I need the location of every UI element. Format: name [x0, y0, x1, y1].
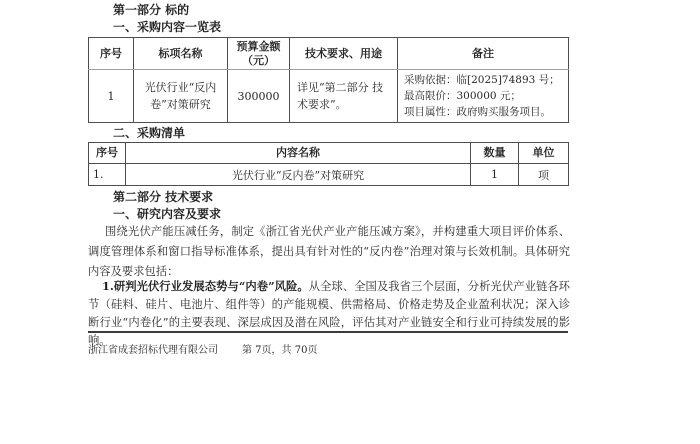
table-row: 1 光伏行业“反内卷”对策研究 300000 详见“第二部分 技术要求”。 采购… [89, 70, 569, 123]
table-header-row: 序号 标项名称 预算金额 （元） 技术要求、用途 备注 [89, 38, 569, 70]
header-cell-no: 序号 [89, 143, 126, 164]
cell-item-name: 光伏行业“反内卷”对策研究 [134, 70, 228, 123]
footer-page-number: 第 7页，共 70页 [242, 341, 317, 356]
procurement-list-table: 序号 内容名称 数量 单位 1. 光伏行业“反内卷”对策研究 1 项 [88, 142, 569, 186]
cell-tech: 详见“第二部分 技术要求”。 [290, 70, 398, 123]
header-cell-unit: 单位 [519, 143, 569, 164]
header-cell-remark: 备注 [398, 38, 569, 70]
research-content-heading: 一、研究内容及要求 [113, 208, 221, 221]
header-cell-budget: 预算金额 （元） [228, 38, 290, 70]
document-page: 第一部分 标的 一、采购内容一览表 序号 标项名称 预算金额 （元） 技术要求、… [0, 0, 700, 444]
procurement-overview-heading: 一、采购内容一览表 [113, 21, 221, 34]
header-cell-qty: 数量 [471, 143, 519, 164]
research-item1-paragraph: 1.研判光伏行业发展态势与“内卷”风险。从全球、全国及我省三个层面，分析光伏产业… [88, 277, 570, 350]
table-header-row: 序号 内容名称 数量 单位 [89, 143, 569, 164]
research-intro-paragraph: 围绕光伏产能压减任务，制定《浙江省光伏产业产能压减方案》，并构建重大项目评价体系… [88, 222, 570, 282]
research-item1-title: 1.研判光伏行业发展态势与“内卷”风险。 [102, 279, 309, 293]
cell-qty: 1 [471, 164, 519, 186]
table-row: 1. 光伏行业“反内卷”对策研究 1 项 [89, 164, 569, 186]
header-cell-no: 序号 [89, 38, 134, 70]
procurement-overview-table: 序号 标项名称 预算金额 （元） 技术要求、用途 备注 1 光伏行业“反内卷”对… [88, 37, 569, 123]
cell-remark: 采购依据：临[2025]74893 号； 最高限价：300000 元； 项目属性… [398, 70, 569, 123]
cell-unit: 项 [519, 164, 569, 186]
header-cell-tech: 技术要求、用途 [290, 38, 398, 70]
footer-company-name: 浙江省成套招标代理有限公司 [88, 341, 218, 356]
cell-budget: 300000 [228, 70, 290, 123]
cell-content-name: 光伏行业“反内卷”对策研究 [126, 164, 471, 186]
header-cell-content-name: 内容名称 [126, 143, 471, 164]
part1-heading: 第一部分 标的 [113, 4, 189, 17]
procurement-list-heading: 二、采购清单 [113, 127, 185, 140]
header-cell-item-name: 标项名称 [134, 38, 228, 70]
footer-divider [88, 331, 568, 333]
cell-no: 1 [89, 70, 134, 123]
part2-heading: 第二部分 技术要求 [113, 191, 213, 204]
cell-no: 1. [89, 164, 126, 186]
